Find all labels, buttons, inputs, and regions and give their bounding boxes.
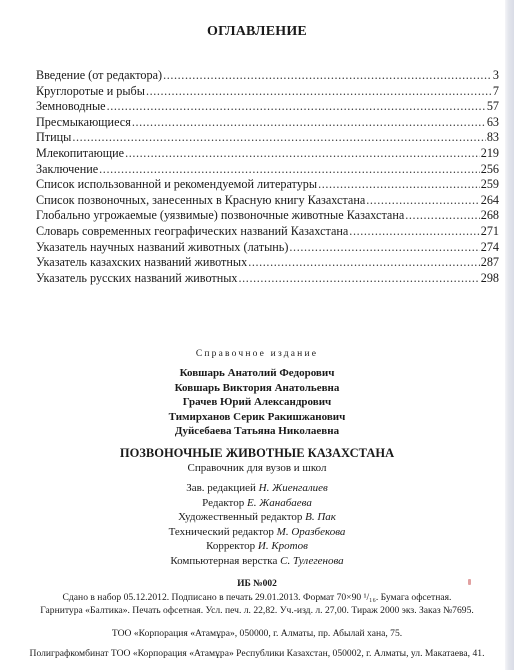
printer-address: Полиграфкомбинат ТОО «Корпорация «Атамұр…: [0, 647, 514, 660]
toc-entry-page: 274: [481, 240, 499, 256]
toc-entry-page: 268: [481, 208, 499, 224]
author-name: Дуйсебаева Татьяна Николаевна: [0, 424, 514, 439]
staff-line: Редактор Е. Жанабаева: [0, 496, 514, 511]
print-details-line: Гарнитура «Балтика». Печать офсетная. Ус…: [0, 604, 514, 618]
author-name: Тимирханов Серик Ракишжанович: [0, 410, 514, 425]
toc-entry-page: 63: [487, 115, 499, 131]
staff-line: Корректор И. Кротов: [0, 539, 514, 554]
staff-name: Е. Жанабаева: [247, 497, 312, 509]
toc-leader-dots: [163, 68, 492, 84]
book-title: ПОЗВОНОЧНЫЕ ЖИВОТНЫЕ КАЗАХСТАНА: [0, 445, 514, 461]
staff-name: Н. Жиенгалиев: [259, 482, 328, 494]
toc-entry: Список позвоночных, занесенных в Красную…: [36, 193, 499, 209]
toc-entry-label: Указатель научных названий животных (лат…: [36, 240, 288, 256]
toc-entry: Указатель научных названий животных (лат…: [36, 240, 499, 256]
staff-role: Зав. редакцией: [186, 482, 256, 494]
toc-leader-dots: [239, 271, 480, 287]
toc-leader-dots: [99, 162, 480, 178]
toc-entry: Птицы83: [36, 130, 499, 146]
staff-line: Технический редактор М. Оразбекова: [0, 525, 514, 540]
book-subtitle: Справочник для вузов и школ: [0, 461, 514, 475]
staff-role: Компьютерная верстка: [170, 555, 277, 567]
staff-name: В. Пак: [305, 511, 336, 523]
staff-role: Технический редактор: [169, 526, 274, 538]
toc-entry-page: 83: [487, 130, 499, 146]
toc-entry-page: 57: [487, 99, 499, 115]
staff-role: Редактор: [202, 497, 244, 509]
toc-entry: Глобально угрожаемые (уязвимые) позвоноч…: [36, 208, 499, 224]
toc-leader-dots: [146, 84, 492, 100]
author-name: Грачев Юрий Александрович: [0, 395, 514, 410]
toc-entry-page: 287: [481, 255, 499, 271]
toc-entry-label: Млекопитающие: [36, 146, 124, 162]
staff-name: М. Оразбекова: [277, 526, 346, 538]
toc-entry-page: 219: [481, 146, 499, 162]
toc-entry: Указатель казахских названий животных287: [36, 255, 499, 271]
toc-entry-label: Глобально угрожаемые (уязвимые) позвоноч…: [36, 208, 404, 224]
toc-leader-dots: [366, 193, 479, 209]
ib-number: ИБ №002: [0, 578, 514, 591]
staff-line: Зав. редакцией Н. Жиенгалиев: [0, 481, 514, 496]
toc-entry-page: 3: [493, 68, 499, 84]
staff-name: С. Тулегенова: [280, 555, 344, 567]
toc-entry-label: Словарь современных географических назва…: [36, 224, 348, 240]
publisher-address: ТОО «Корпорация «Атамұра», 050000, г. Ал…: [0, 627, 514, 640]
toc-entry: Земноводные57: [36, 99, 499, 115]
toc-entry-label: Указатель казахских названий животных: [36, 255, 247, 271]
toc-leader-dots: [289, 240, 479, 256]
toc-entry-page: 259: [481, 177, 499, 193]
toc-entry-label: Заключение: [36, 162, 98, 178]
toc-entry-page: 7: [493, 84, 499, 100]
toc-entry-page: 256: [481, 162, 499, 178]
staff-line: Художественный редактор В. Пак: [0, 510, 514, 525]
toc-entry: Словарь современных географических назва…: [36, 224, 499, 240]
toc-leader-dots: [132, 115, 486, 131]
toc-entry-page: 264: [481, 193, 499, 209]
table-of-contents: Введение (от редактора)3 Круглоротые и р…: [36, 68, 499, 286]
toc-entry-label: Земноводные: [36, 99, 106, 115]
toc-entry: Список использованной и рекомендуемой ли…: [36, 177, 499, 193]
toc-entry-label: Введение (от редактора): [36, 68, 162, 84]
staff-role: Корректор: [206, 540, 255, 552]
edition-kind: Справочное издание: [0, 348, 514, 360]
author-name: Ковшарь Анатолий Федорович: [0, 366, 514, 381]
print-details-line: Сдано в набор 05.12.2012. Подписано в пе…: [0, 591, 514, 605]
toc-entry-label: Пресмыкающиеся: [36, 115, 131, 131]
toc-leader-dots: [405, 208, 479, 224]
toc-leader-dots: [72, 130, 485, 146]
toc-leader-dots: [107, 99, 486, 115]
toc-entry-label: Список позвоночных, занесенных в Красную…: [36, 193, 365, 209]
toc-entry-page: 271: [481, 224, 499, 240]
author-name: Ковшарь Виктория Анатольевна: [0, 381, 514, 396]
staff-line: Компьютерная верстка С. Тулегенова: [0, 554, 514, 569]
toc-leader-dots: [125, 146, 480, 162]
toc-leader-dots: [349, 224, 479, 240]
staff-name: И. Кротов: [258, 540, 308, 552]
toc-entry: Заключение256: [36, 162, 499, 178]
toc-entry-label: Круглоротые и рыбы: [36, 84, 145, 100]
toc-entry: Круглоротые и рыбы7: [36, 84, 499, 100]
staff-role: Художественный редактор: [178, 511, 302, 523]
toc-leader-dots: [248, 255, 480, 271]
toc-entry: Введение (от редактора)3: [36, 68, 499, 84]
toc-entry: Пресмыкающиеся63: [36, 115, 499, 131]
toc-entry-label: Указатель русских названий животных: [36, 271, 238, 287]
toc-entry: Указатель русских названий животных298: [36, 271, 499, 287]
toc-entry-label: Птицы: [36, 130, 71, 146]
toc-entry: Млекопитающие219: [36, 146, 499, 162]
toc-entry-page: 298: [481, 271, 499, 287]
imprint-block: Справочное издание Ковшарь Анатолий Федо…: [0, 348, 514, 660]
toc-title: ОГЛАВЛЕНИЕ: [0, 24, 514, 40]
ink-mark: [468, 579, 471, 585]
toc-leader-dots: [318, 177, 480, 193]
toc-entry-label: Список использованной и рекомендуемой ли…: [36, 177, 317, 193]
